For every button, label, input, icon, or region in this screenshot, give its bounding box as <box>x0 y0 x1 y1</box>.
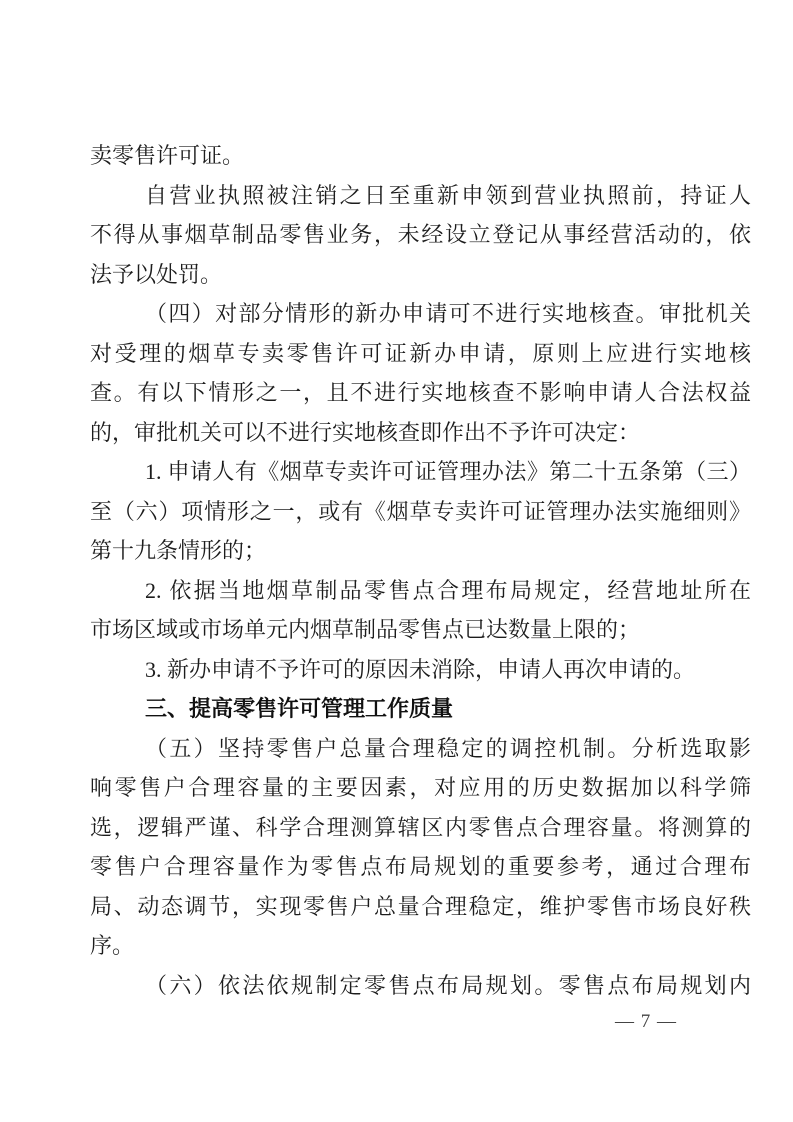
text-line: 3. 新办申请不予许可的原因未消除，申请人再次申请的。 <box>90 650 751 690</box>
text-line: 局、动态调节，实现零售户总量合理稳定，维护零售市场良好秩 <box>90 887 751 927</box>
text-line: 选，逻辑严谨、科学合理测算辖区内零售点合理容量。将测算的 <box>90 808 751 848</box>
text-line: （五）坚持零售户总量合理稳定的调控机制。分析选取影 <box>90 729 751 769</box>
text-line: 卖零售许可证。 <box>90 136 751 176</box>
page-number: — 7 — <box>596 1008 696 1036</box>
text-line: 序。 <box>90 926 751 966</box>
text-line: 1. 申请人有《烟草专卖许可证管理办法》第二十五条第（三） <box>90 452 751 492</box>
text-line: 2. 依据当地烟草制品零售点合理布局规定，经营地址所在 <box>90 571 751 611</box>
text-line: 第十九条情形的； <box>90 531 751 571</box>
document-page: 卖零售许可证。自营业执照被注销之日至重新申领到营业执照前，持证人不得从事烟草制品… <box>0 0 793 1122</box>
text-line: 市场区域或市场单元内烟草制品零售点已达数量上限的； <box>90 610 751 650</box>
text-line: 法予以处罚。 <box>90 255 751 295</box>
text-line: （四）对部分情形的新办申请可不进行实地核查。审批机关 <box>90 294 751 334</box>
text-line: 的，审批机关可以不进行实地核查即作出不予许可决定： <box>90 413 751 453</box>
document-text-block: 卖零售许可证。自营业执照被注销之日至重新申领到营业执照前，持证人不得从事烟草制品… <box>90 136 751 1005</box>
text-line: 不得从事烟草制品零售业务，未经设立登记从事经营活动的，依 <box>90 215 751 255</box>
text-line: 自营业执照被注销之日至重新申领到营业执照前，持证人 <box>90 176 751 216</box>
text-line: （六）依法依规制定零售点布局规划。零售点布局规划内 <box>90 966 751 1006</box>
text-line: 对受理的烟草专卖零售许可证新办申请，原则上应进行实地核 <box>90 334 751 374</box>
section-heading: 三、提高零售许可管理工作质量 <box>90 689 751 729</box>
text-line: 至（六）项情形之一，或有《烟草专卖许可证管理办法实施细则》 <box>90 492 751 532</box>
text-line: 查。有以下情形之一，且不进行实地核查不影响申请人合法权益 <box>90 373 751 413</box>
text-line: 响零售户合理容量的主要因素，对应用的历史数据加以科学筛 <box>90 768 751 808</box>
text-line: 零售户合理容量作为零售点布局规划的重要参考，通过合理布 <box>90 847 751 887</box>
